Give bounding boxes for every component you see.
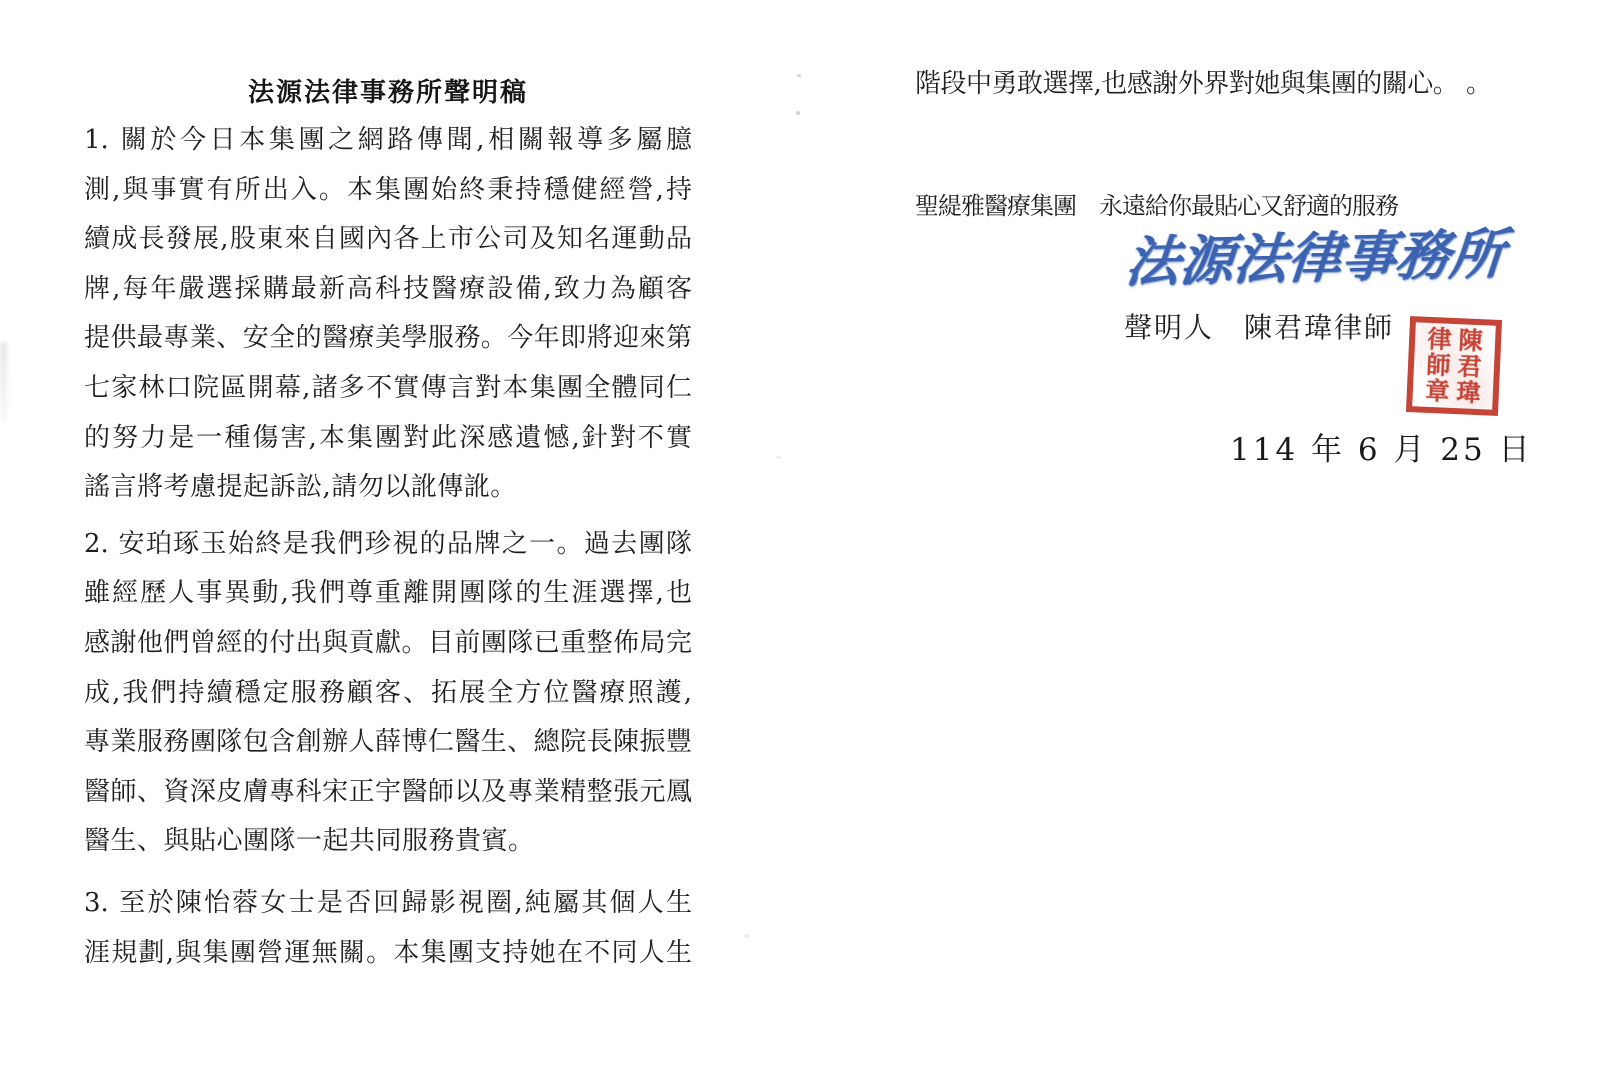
paragraph-1: 1. 關於今日本集團之網路傳聞,相關報導多屬臆 測,與事實有所出入。本集團始終秉… <box>84 116 692 513</box>
lawyer-red-seal-stamp: 陳君瑋 律師章 <box>1406 316 1502 416</box>
seal-column-right: 陳君瑋 <box>1455 327 1484 406</box>
text-line: 涯規劃,與集團營運無關。本集團支持她在不同人生 <box>84 929 692 979</box>
text-line: 醫生、與貼心團隊一起共同服務貴賓。 <box>84 817 692 867</box>
signer-label: 聲明人 <box>1124 311 1214 344</box>
text-line: 七家林口院區開幕,諸多不實傳言對本集團全體同仁 <box>84 364 692 414</box>
signer-line: 聲明人陳君瑋律師 <box>1124 306 1394 350</box>
text-line: 醫師、資深皮膚專科宋正宇醫師以及專業精整張元鳳 <box>84 768 692 818</box>
statement-date: 114 年 6 月 25 日 <box>1230 428 1533 472</box>
paragraph-2: 2. 安珀琢玉始終是我們珍視的品牌之一。過去團隊 雖經歷人事異動,我們尊重離開團… <box>84 520 692 867</box>
scan-edge-smudge <box>0 342 7 422</box>
continuation-text-line: 階段中勇敢選擇,也感謝外界對她與集團的關心。 。 <box>915 64 1492 104</box>
scan-speck <box>776 456 781 459</box>
text-line: 續成長發展,股東來自國內各上市公司及知名運動品 <box>84 215 692 265</box>
text-line: 專業服務團隊包含創辦人薛博仁醫生、總院長陳振豐 <box>84 718 692 768</box>
scan-speck <box>797 74 801 77</box>
document-title: 法源法律事務所聲明稿 <box>84 72 692 109</box>
left-column: 1. 關於今日本集團之網路傳聞,相關報導多屬臆 測,與事實有所出入。本集團始終秉… <box>84 116 692 978</box>
scanned-statement-document: 法源法律事務所聲明稿 1. 關於今日本集團之網路傳聞,相關報導多屬臆 測,與事實… <box>0 0 1600 1066</box>
text-line: 3. 至於陳怡蓉女士是否回歸影視圈,純屬其個人生 <box>84 879 692 929</box>
seal-column-left: 律師章 <box>1424 326 1453 405</box>
text-line: 的努力是一種傷害,本集團對此深感遺憾,針對不實 <box>84 414 692 464</box>
text-line: 成,我們持續穩定服務顧客、拓展全方位醫療照護, <box>84 669 692 719</box>
text-line: 提供最專業、安全的醫療美學服務。今年即將迎來第 <box>84 314 692 364</box>
text-line: 感謝他們曾經的付出與貢獻。目前團隊已重整佈局完 <box>84 619 692 669</box>
text-line: 牌,每年嚴選採購最新高科技醫療設備,致力為顧客 <box>84 265 692 315</box>
text-line: 2. 安珀琢玉始終是我們珍視的品牌之一。過去團隊 <box>84 520 692 570</box>
law-firm-signature-stamp: 法源法律事務所 <box>1123 213 1509 302</box>
text-line: 雖經歷人事異動,我們尊重離開團隊的生涯選擇,也 <box>84 569 692 619</box>
text-line: 1. 關於今日本集團之網路傳聞,相關報導多屬臆 <box>84 116 692 166</box>
text-line: 測,與事實有所出入。本集團始終秉持穩健經營,持 <box>84 166 692 216</box>
scan-speck <box>796 111 800 115</box>
scan-speck <box>744 934 750 938</box>
signer-name: 陳君瑋律師 <box>1244 311 1394 344</box>
seal-characters: 陳君瑋 律師章 <box>1424 326 1484 406</box>
paragraph-3: 3. 至於陳怡蓉女士是否回歸影視圈,純屬其個人生 涯規劃,與集團營運無關。本集團… <box>84 879 692 978</box>
text-line: 謠言將考慮提起訴訟,請勿以訛傳訛。 <box>84 463 692 513</box>
